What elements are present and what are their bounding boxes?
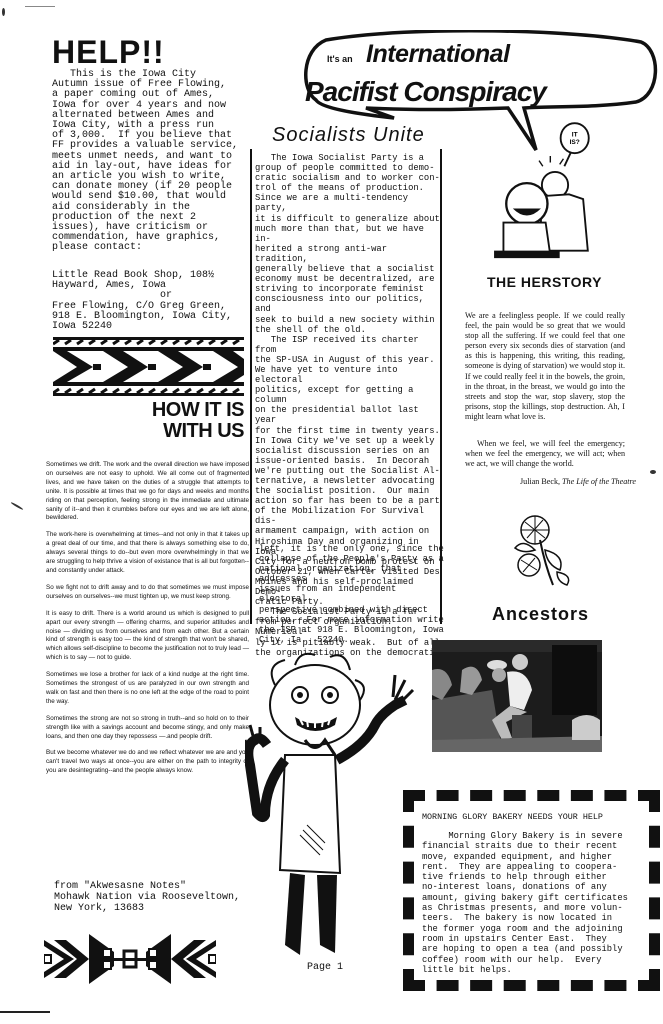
scan-artifact (650, 470, 656, 474)
bubble-headline-line1: International (366, 40, 510, 69)
socialists-unite-heading: Socialists Unite (272, 124, 425, 147)
article-paragraph: The work-here is overwhelming at times--… (46, 531, 249, 576)
bakery-body-text: Morning Glory Bakery is in severe financ… (422, 831, 648, 975)
woven-pattern-banner-icon (53, 337, 244, 396)
cartoon-balloon-text: IT (572, 131, 578, 138)
cartoon-two-men-icon: IT IS? (490, 110, 620, 260)
help-contact-text: Little Read Book Shop, 108½ Hayward, Ame… (52, 271, 242, 332)
clover-flower-icon (505, 510, 575, 590)
article-paragraph: But we become whatever we do and we refl… (46, 749, 249, 776)
help-body-text: This is the Iowa City Autumn issue of Fr… (52, 70, 242, 254)
scan-artifact (0, 1011, 50, 1013)
ancestors-photo (432, 640, 602, 752)
how-title-line2: WITH US (110, 421, 244, 442)
help-heading: HELP!! (52, 34, 165, 71)
citation-work: The Life of the Theatre (562, 477, 636, 486)
scan-artifact (25, 6, 55, 7)
how-title-line1: HOW IT IS (110, 400, 244, 421)
article-paragraph: Sometimes we lose a brother for lack of … (46, 671, 249, 707)
column-rule (250, 149, 252, 624)
grinning-creature-drawing-icon (245, 645, 415, 965)
scan-artifact (10, 502, 23, 511)
bubble-prefix-text: It's an (327, 54, 353, 64)
article-paragraph: Sometimes we drift. The work and the ove… (46, 461, 249, 523)
socialists-article-continued: left, it is the only one, since the coll… (259, 544, 447, 645)
how-it-is-article: Sometimes we drift. The work and the ove… (46, 461, 249, 784)
bakery-heading: MORNING GLORY BAKERY NEEDS YOUR HELP (422, 812, 603, 822)
citation-author: Julian Beck, (520, 477, 562, 486)
svg-text:IS?: IS? (570, 139, 580, 146)
herstory-body-text-2: When we feel, we will feel the emergency… (465, 439, 625, 469)
how-it-is-heading: HOW IT IS WITH US (110, 400, 244, 442)
article-paragraph: Sometimes the strong are not so strong i… (46, 715, 249, 742)
herstory-heading: THE HERSTORY (487, 274, 602, 290)
herstory-body-text: We are a feelingless people. If we could… (465, 311, 625, 422)
scan-artifact (2, 8, 5, 16)
ancestors-heading: Ancestors (492, 604, 589, 625)
article-source-credit: from "Akwesasne Notes" Mohawk Nation via… (54, 881, 254, 914)
bubble-headline-line2: Pacifist Conspiracy (305, 76, 546, 108)
bowtie-emblem-icon (44, 930, 216, 988)
page-number: Page 1 (307, 962, 343, 973)
article-paragraph: It is easy to drift. There is a world ar… (46, 610, 249, 663)
photo-scene-icon (432, 640, 602, 752)
article-paragraph: So we fight not to drift away and to do … (46, 584, 249, 602)
herstory-citation: Julian Beck, The Life of the Theatre (520, 477, 636, 486)
